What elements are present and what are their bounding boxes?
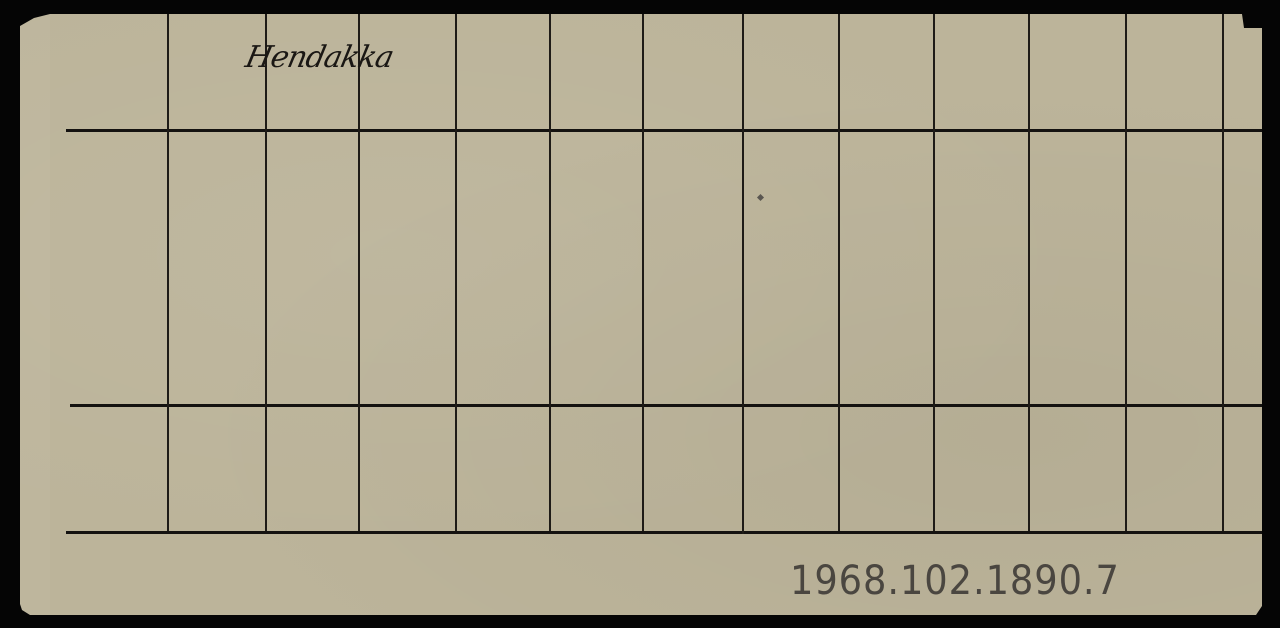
column-rule	[838, 14, 840, 531]
column-rule	[742, 14, 744, 534]
horizontal-rule-top	[66, 129, 1262, 132]
paper-left-margin	[20, 14, 50, 615]
column-rule	[455, 14, 457, 531]
ledger-card	[20, 14, 1262, 615]
column-rule	[549, 14, 551, 531]
column-rule	[1028, 14, 1030, 531]
column-rule	[167, 14, 169, 531]
column-rule	[265, 14, 267, 531]
column-rule	[358, 14, 360, 531]
horizontal-rule-bottom	[66, 531, 1262, 534]
horizontal-rule-middle	[70, 404, 1262, 407]
column-rule	[1222, 14, 1224, 531]
paper-blemish	[757, 194, 764, 201]
handwritten-label: Hendakka	[242, 40, 396, 75]
column-rule	[642, 14, 644, 531]
column-rule	[1125, 14, 1127, 531]
column-rule	[933, 14, 935, 531]
accession-number: 1968.102.1890.7	[790, 558, 1120, 604]
